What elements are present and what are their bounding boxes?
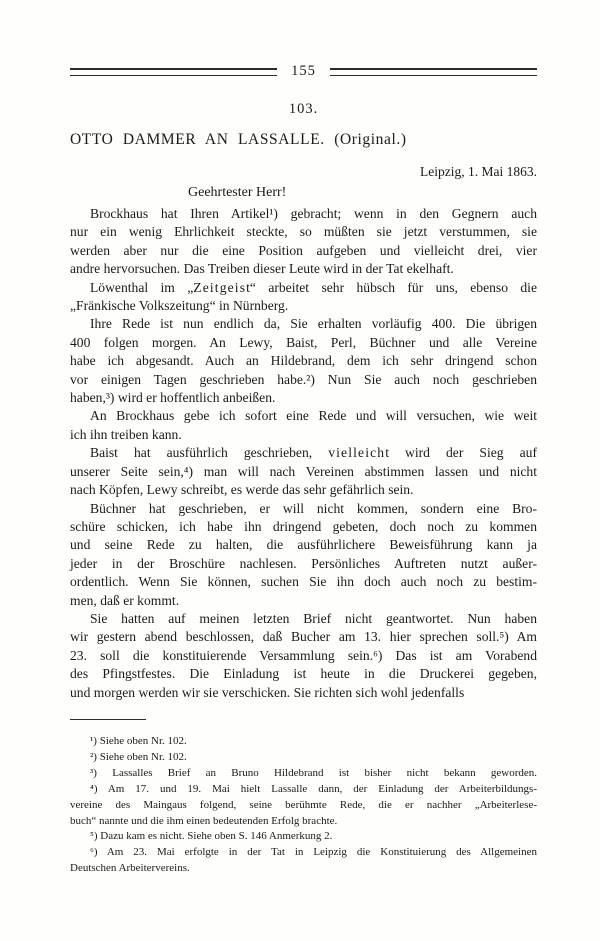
text-line: „Fränkische Volkszeitung“ in Nürnberg. bbox=[70, 297, 537, 315]
letter-number: 103. bbox=[70, 101, 537, 118]
footnote-line: ²) Siehe oben Nr. 102. bbox=[70, 750, 537, 766]
text-line: Ihre Rede ist nun endlich da, Sie erhalt… bbox=[70, 315, 537, 333]
footnote-line: ⁵) Dazu kam es nicht. Siehe oben S. 146 … bbox=[70, 829, 537, 845]
text-line: schüre schicken, ich habe ihn dringend g… bbox=[70, 518, 537, 536]
text-line: men, daß er kommt. bbox=[70, 592, 537, 610]
header-rule-left bbox=[70, 68, 277, 76]
footnote: ⁵) Dazu kam es nicht. Siehe oben S. 146 … bbox=[70, 829, 537, 845]
letter-title: OTTO DAMMER AN LASSALLE. (Original.) bbox=[70, 131, 537, 149]
header-rule-right bbox=[330, 68, 537, 76]
paragraph: An Brockhaus gebe ich sofort eine Rede u… bbox=[70, 407, 537, 444]
footnote: ¹) Siehe oben Nr. 102. bbox=[70, 734, 537, 750]
text-line: An Brockhaus gebe ich sofort eine Rede u… bbox=[70, 407, 537, 425]
footnote-line: vereine des Maingaus folgend, seine berü… bbox=[70, 798, 537, 814]
text-line: habe ich abgesandt. Auch an Hildebrand, … bbox=[70, 352, 537, 370]
running-head: 155 bbox=[70, 64, 537, 81]
paragraph: Büchner hat geschrieben, er will nicht k… bbox=[70, 500, 537, 610]
footnote-line: ³) Lassalles Brief an Bruno Hildebrand i… bbox=[70, 766, 537, 782]
text-line: ich ihn treiben kann. bbox=[70, 426, 537, 444]
paragraph: Löwenthal im „Z e i t g e i s t“ arbeite… bbox=[70, 279, 537, 316]
text-line: Löwenthal im „Z e i t g e i s t“ arbeite… bbox=[70, 279, 537, 297]
text-line: jeder in der Broschüre nachlesen. Persön… bbox=[70, 555, 537, 573]
footnote-line: ⁴) Am 17. und 19. Mai hielt Lassalle dan… bbox=[70, 782, 537, 798]
footnote: ⁴) Am 17. und 19. Mai hielt Lassalle dan… bbox=[70, 782, 537, 830]
book-page: 155 103. OTTO DAMMER AN LASSALLE. (Origi… bbox=[0, 0, 600, 941]
text-line: Büchner hat geschrieben, er will nicht k… bbox=[70, 500, 537, 518]
footnote-line: ¹) Siehe oben Nr. 102. bbox=[70, 734, 537, 750]
text-line: wir gestern abend beschlossen, daß Buche… bbox=[70, 628, 537, 646]
text-line: 23. soll die konstituierende Versammlung… bbox=[70, 647, 537, 665]
paragraph: Brockhaus hat Ihren Artikel¹) gebracht; … bbox=[70, 205, 537, 279]
footnote-separator bbox=[70, 719, 146, 720]
text-line: unserer Seite sein,⁴) man will nach Vere… bbox=[70, 463, 537, 481]
paragraph: Sie hatten auf meinen letzten Brief nich… bbox=[70, 610, 537, 702]
text-line: des Pfingstfestes. Die Einladung ist heu… bbox=[70, 665, 537, 683]
text-line: und morgen werden wir sie verschicken. S… bbox=[70, 684, 537, 702]
text-line: Brockhaus hat Ihren Artikel¹) gebracht; … bbox=[70, 205, 537, 223]
footnotes: ¹) Siehe oben Nr. 102. ²) Siehe oben Nr.… bbox=[70, 734, 537, 877]
footnote-line: ⁶) Am 23. Mai erfolgte in der Tat in Lei… bbox=[70, 845, 537, 861]
text-line: Baist hat ausführlich geschrieben, v i e… bbox=[70, 444, 537, 462]
page-number: 155 bbox=[291, 64, 316, 81]
text-line: andre hervorsuchen. Das Treiben dieser L… bbox=[70, 260, 537, 278]
text-line: werden aber nur die eine Position aufgeb… bbox=[70, 242, 537, 260]
text-line: und seine Rede zu halten, die ausführlic… bbox=[70, 536, 537, 554]
footnote-line: buch“ nannte und die ihm einen bedeutend… bbox=[70, 814, 537, 830]
footnote: ⁶) Am 23. Mai erfolgte in der Tat in Lei… bbox=[70, 845, 537, 877]
dateline: Leipzig, 1. Mai 1863. bbox=[70, 164, 537, 180]
paragraph: Ihre Rede ist nun endlich da, Sie erhalt… bbox=[70, 315, 537, 407]
text-line: vor einigen Tagen geschrieben habe.²) Nu… bbox=[70, 371, 537, 389]
text-line: Sie hatten auf meinen letzten Brief nich… bbox=[70, 610, 537, 628]
paragraph: Baist hat ausführlich geschrieben, v i e… bbox=[70, 444, 537, 499]
footnote: ³) Lassalles Brief an Bruno Hildebrand i… bbox=[70, 766, 537, 782]
footnote-line: Deutschen Arbeitervereins. bbox=[70, 861, 537, 877]
salutation: Geehrtester Herr! bbox=[70, 185, 537, 201]
text-line: nach Köpfen, Lewy schreibt, es werde das… bbox=[70, 481, 537, 499]
footnote: ²) Siehe oben Nr. 102. bbox=[70, 750, 537, 766]
text-line: 400 folgen morgen. An Lewy, Baist, Perl,… bbox=[70, 334, 537, 352]
text-line: haben,³) wird er hoffentlich anbeißen. bbox=[70, 389, 537, 407]
letter-body: Brockhaus hat Ihren Artikel¹) gebracht; … bbox=[70, 205, 537, 702]
text-line: ordentlich. Wenn Sie können, suchen Sie … bbox=[70, 573, 537, 591]
text-line: nur ein wenig Ehrlichkeit steckte, so mü… bbox=[70, 223, 537, 241]
